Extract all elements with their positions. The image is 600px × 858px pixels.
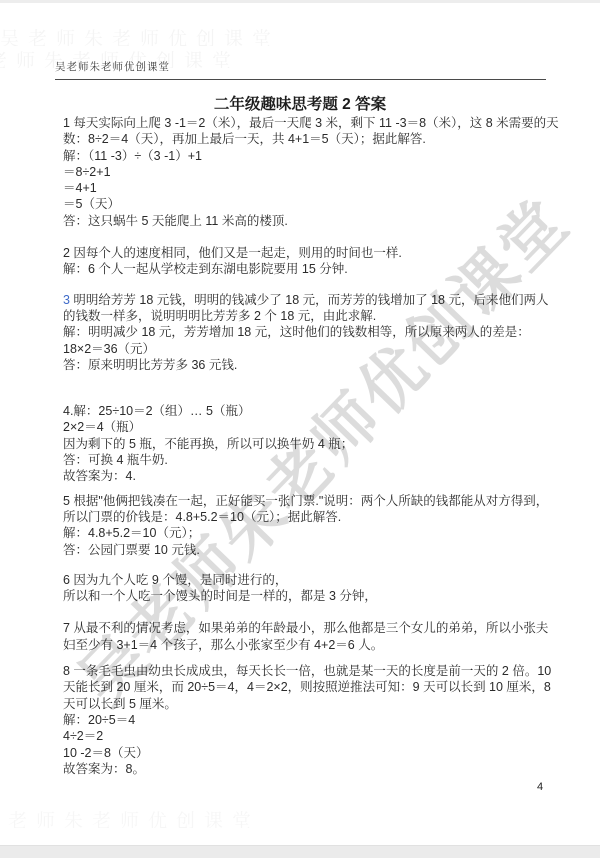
text-line: 5 根据"他俩把钱凑在一起，正好能买一张门票."说明：两个人所缺的钱都能从对方得… (63, 493, 553, 509)
text-line: 6 因为九个人吃 9 个馒，是同时进行的， (63, 572, 553, 588)
page-number: 4 (530, 781, 550, 793)
paragraph: 7 从最不利的情况考虑，如果弟弟的年龄最小，那么他都是三个女儿的弟弟，所以小张夫… (63, 620, 553, 653)
text-line: 解：6 个人一起从学校走到东湖电影院要用 15 分钟. (63, 261, 553, 277)
text-segment: 解：6 个人一起从学校走到东湖电影院要用 15 分钟. (63, 262, 348, 276)
text-line: 故答案为：4. (63, 468, 553, 484)
text-segment: 妇至少有 3+1＝4 个孩子，那么小张家至少有 4+2＝6 人。 (63, 638, 383, 652)
text-line: 4.解：25÷10＝2（组）… 5（瓶） (63, 403, 553, 419)
faint-watermark-row: 吴老师朱老师优创课堂 (0, 806, 600, 828)
text-segment: 答：原来明明比芳芳多 36 元钱. (63, 358, 237, 372)
text-segment: 5 根据"他俩把钱凑在一起，正好能买一张门票."说明：两个人所缺的钱都能从对方得… (63, 494, 548, 508)
text-line: ＝4+1 (63, 180, 553, 196)
text-segment: ＝4+1 (63, 181, 97, 195)
text-segment: 答：公园门票要 10 元钱. (63, 543, 200, 557)
text-line: 所以和一个人吃一个馒头的时间是一样的，都是 3 分钟， (63, 588, 553, 604)
paragraph: 3 明明给芳芳 18 元钱，明明的钱减少了 18 元，而芳芳的钱增加了 18 元… (63, 292, 553, 373)
text-line: ＝5（天） (63, 196, 553, 212)
text-segment: 解：20÷5＝4 (63, 713, 135, 727)
text-segment: 答：可换 4 瓶牛奶. (63, 453, 168, 467)
paragraph: 1 每天实际向上爬 3 -1＝2（米），最后一天爬 3 米，剩下 11 -3＝8… (63, 115, 553, 229)
page-title: 二年级趣味思考题 2 答案 (0, 92, 600, 114)
text-segment: 解：（11 -3）÷（3 -1）+1 (63, 149, 202, 163)
text-line: 天能长到 20 厘米，而 20÷5＝4，4＝2×2，则按照逆推法可知：9 天可以… (63, 679, 553, 695)
text-segment: 7 从最不利的情况考虑，如果弟弟的年龄最小，那么他都是三个女儿的弟弟，所以小张夫 (63, 621, 548, 635)
text-line: 数：8÷2＝4（天），再加上最后一天，共 4+1＝5（天）；据此解答. (63, 131, 553, 147)
text-segment: 数：8÷2＝4（天），再加上最后一天，共 4+1＝5（天）；据此解答. (63, 132, 426, 146)
text-line: 答：公园门票要 10 元钱. (63, 542, 553, 558)
text-line: 答：可换 4 瓶牛奶. (63, 452, 553, 468)
top-edge-strip (0, 0, 600, 3)
document-body: 1 每天实际向上爬 3 -1＝2（米），最后一天爬 3 米，剩下 11 -3＝8… (63, 115, 553, 777)
text-line: 3 明明给芳芳 18 元钱，明明的钱减少了 18 元，而芳芳的钱增加了 18 元… (63, 292, 553, 308)
text-segment: 18×2＝36（元） (63, 342, 155, 356)
text-segment: 的钱数一样多，说明明明比芳芳多 2 个 18 元，由此求解. (63, 309, 376, 323)
text-line: 8 一条毛毛虫由幼虫长成成虫，每天长长一倍，也就是某一天的长度是前一天的 2 倍… (63, 663, 553, 679)
text-line: 2 因每个人的速度相同，他们又是一起走，则用的时间也一样. (63, 245, 553, 261)
paragraph: 8 一条毛毛虫由幼虫长成成虫，每天长长一倍，也就是某一天的长度是前一天的 2 倍… (63, 663, 553, 777)
text-line: 解：明明减少 18 元，芳芳增加 18 元，这时他们的钱数相等，所以原来两人的差… (63, 324, 553, 340)
text-line: 18×2＝36（元） (63, 341, 553, 357)
text-line: 天可以长到 5 厘米。 (63, 696, 553, 712)
text-line: 故答案为：8。 (63, 761, 553, 777)
paragraph: 4.解：25÷10＝2（组）… 5（瓶）2×2＝4（瓶）因为剩下的 5 瓶，不能… (63, 403, 553, 484)
text-line: 妇至少有 3+1＝4 个孩子，那么小张家至少有 4+2＝6 人。 (63, 637, 553, 653)
text-line: 所以门票的价钱是：4.8+5.2＝10（元）；据此解答. (63, 509, 553, 525)
text-line: 因为剩下的 5 瓶，不能再换，所以可以换牛奶 4 瓶； (63, 436, 553, 452)
text-segment: 天能长到 20 厘米，而 20÷5＝4，4＝2×2，则按照逆推法可知：9 天可以… (63, 680, 551, 694)
bottom-edge-strip (0, 845, 600, 858)
faint-watermark-row: 吴老师朱老师优创课堂 (0, 24, 600, 46)
text-segment: 故答案为：8。 (63, 762, 145, 776)
text-segment: 故答案为：4. (63, 469, 136, 483)
text-line: ＝8÷2+1 (63, 164, 553, 180)
text-segment: 6 因为九个人吃 9 个馒，是同时进行的， (63, 573, 287, 587)
text-line: 解：20÷5＝4 (63, 712, 553, 728)
paragraph: 5 根据"他俩把钱凑在一起，正好能买一张门票."说明：两个人所缺的钱都能从对方得… (63, 493, 553, 558)
text-segment: 10 -2＝8（天） (63, 746, 148, 760)
document-page: 吴老师朱老师优创课堂 吴老师朱老师优创课堂 吴老师朱老师优创课堂 吴老师朱老师优… (0, 0, 600, 858)
text-line: 4÷2＝2 (63, 728, 553, 744)
text-segment: 1 每天实际向上爬 3 -1＝2（米），最后一天爬 3 米，剩下 11 -3＝8… (63, 116, 559, 130)
text-segment: 答：这只蜗牛 5 天能爬上 11 米高的楼顶. (63, 214, 288, 228)
text-segment: 解：明明减少 18 元，芳芳增加 18 元，这时他们的钱数相等，所以原来两人的差… (63, 325, 530, 339)
text-segment: 2×2＝4（瓶） (63, 420, 141, 434)
paragraph: 6 因为九个人吃 9 个馒，是同时进行的，所以和一个人吃一个馒头的时间是一样的，… (63, 572, 553, 605)
text-segment: 天可以长到 5 厘米。 (63, 697, 177, 711)
text-segment: ＝5（天） (63, 197, 120, 211)
text-line: 解：（11 -3）÷（3 -1）+1 (63, 148, 553, 164)
text-segment: 所以门票的价钱是：4.8+5.2＝10（元）；据此解答. (63, 510, 341, 524)
question-number-highlight: 3 (63, 293, 70, 307)
page-header: 吴老师朱老师优创课堂 (55, 57, 546, 80)
text-segment: ＝8÷2+1 (63, 165, 111, 179)
text-line: 10 -2＝8（天） (63, 745, 553, 761)
text-segment: 2 因每个人的速度相同，他们又是一起走，则用的时间也一样. (63, 246, 402, 260)
text-line: 7 从最不利的情况考虑，如果弟弟的年龄最小，那么他都是三个女儿的弟弟，所以小张夫 (63, 620, 553, 636)
text-line: 的钱数一样多，说明明明比芳芳多 2 个 18 元，由此求解. (63, 308, 553, 324)
text-segment: 4.解：25÷10＝2（组）… 5（瓶） (63, 404, 250, 418)
text-line: 2×2＝4（瓶） (63, 419, 553, 435)
text-line: 答：原来明明比芳芳多 36 元钱. (63, 357, 553, 373)
text-segment: 解：4.8+5.2＝10（元）； (63, 526, 200, 540)
text-segment: 8 一条毛毛虫由幼虫长成成虫，每天长长一倍，也就是某一天的长度是前一天的 2 倍… (63, 664, 551, 678)
text-line: 1 每天实际向上爬 3 -1＝2（米），最后一天爬 3 米，剩下 11 -3＝8… (63, 115, 553, 131)
text-segment: 4÷2＝2 (63, 729, 103, 743)
header-brand: 吴老师朱老师优创课堂 (55, 61, 170, 73)
text-line: 答：这只蜗牛 5 天能爬上 11 米高的楼顶. (63, 213, 553, 229)
text-line: 解：4.8+5.2＝10（元）； (63, 525, 553, 541)
text-segment: 所以和一个人吃一个馒头的时间是一样的，都是 3 分钟， (63, 589, 377, 603)
text-segment: 因为剩下的 5 瓶，不能再换，所以可以换牛奶 4 瓶； (63, 437, 353, 451)
text-segment: 明明给芳芳 18 元钱，明明的钱减少了 18 元，而芳芳的钱增加了 18 元，后… (70, 293, 549, 307)
paragraph: 2 因每个人的速度相同，他们又是一起走，则用的时间也一样.解：6 个人一起从学校… (63, 245, 553, 278)
